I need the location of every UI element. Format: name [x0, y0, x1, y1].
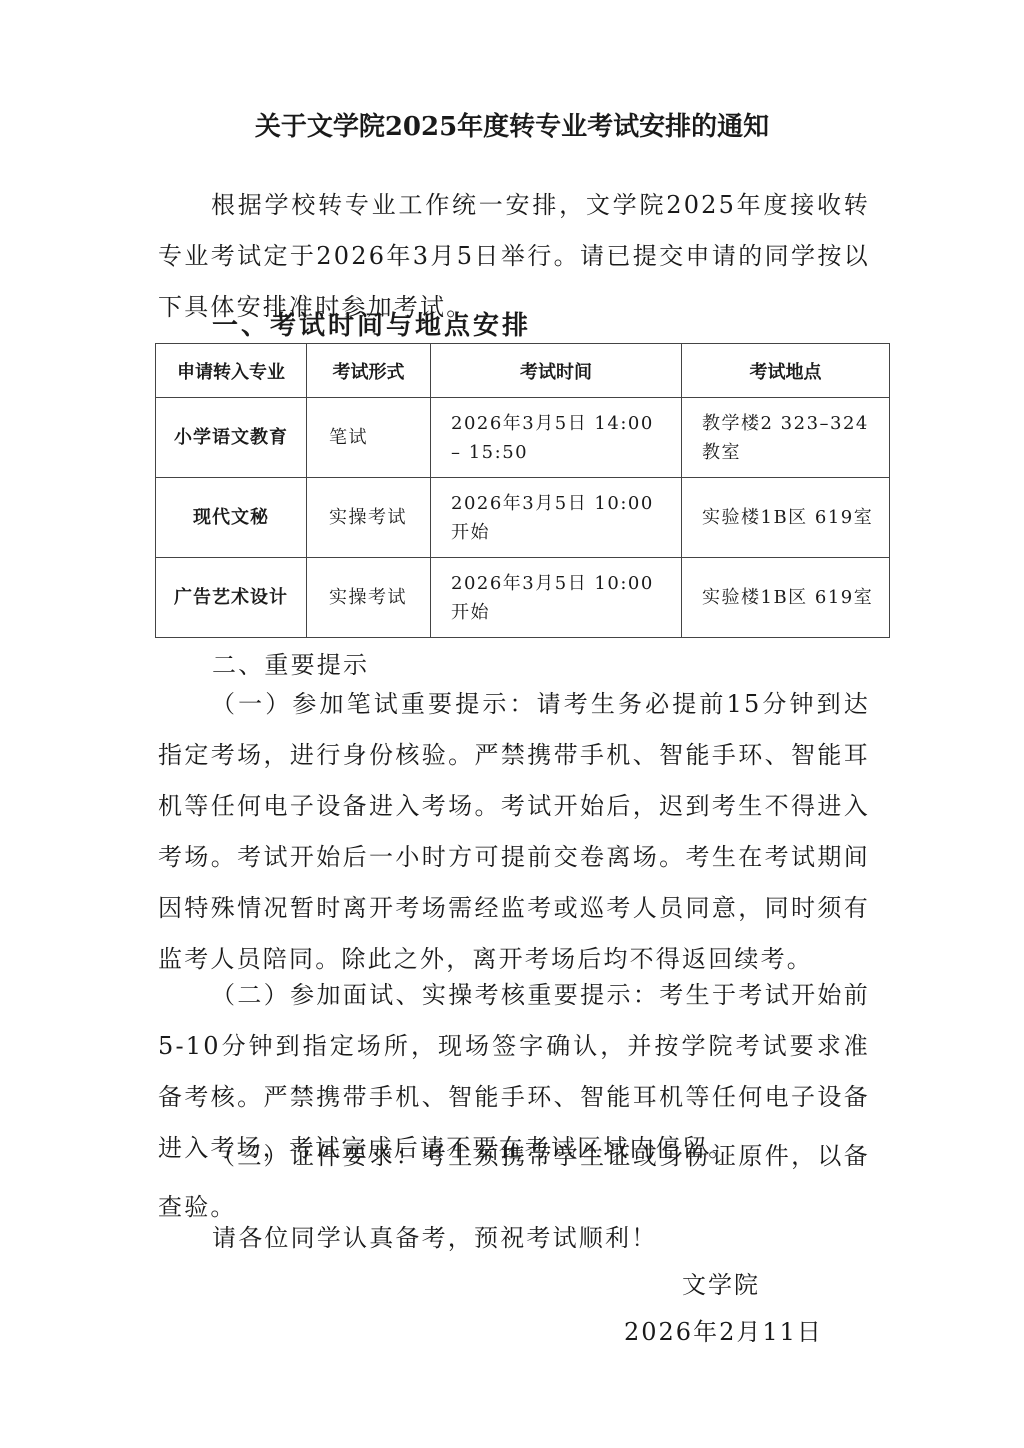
header-major: 申请转入专业 — [156, 344, 307, 398]
tip-written-exam: （一）参加笔试重要提示：请考生务必提前15分钟到达指定考场，进行身份核验。严禁携… — [158, 679, 870, 985]
cell-time: 2026年3月5日 10:00开始 — [431, 478, 682, 558]
cell-major: 现代文秘 — [156, 478, 307, 558]
signature-date: 2026年2月11日 — [624, 1312, 823, 1347]
cell-major: 广告艺术设计 — [156, 558, 307, 638]
cell-place: 实验楼1B区 619室 — [682, 558, 890, 638]
table-header-row: 申请转入专业 考试形式 考试时间 考试地点 — [156, 344, 890, 398]
cell-time: 2026年3月5日 14:00 – 15:50 — [431, 398, 682, 478]
table-row: 现代文秘 实操考试 2026年3月5日 10:00开始 实验楼1B区 619室 — [156, 478, 890, 558]
exam-schedule-table: 申请转入专业 考试形式 考试时间 考试地点 小学语文教育 笔试 2026年3月5… — [155, 343, 890, 638]
cell-form: 实操考试 — [307, 558, 431, 638]
document-title: 关于文学院2025年度转专业考试安排的通知 — [0, 106, 1024, 143]
signature-org: 文学院 — [682, 1265, 760, 1300]
cell-major: 小学语文教育 — [156, 398, 307, 478]
closing-line: 请各位同学认真备考，预祝考试顺利！ — [212, 1213, 657, 1264]
cell-place: 教学楼2 323–324教室 — [682, 398, 890, 478]
header-form: 考试形式 — [307, 344, 431, 398]
header-place: 考试地点 — [682, 344, 890, 398]
cell-time: 2026年3月5日 10:00开始 — [431, 558, 682, 638]
header-time: 考试时间 — [431, 344, 682, 398]
cell-form: 实操考试 — [307, 478, 431, 558]
notice-document: 关于文学院2025年度转专业考试安排的通知 根据学校转专业工作统一安排，文学院2… — [0, 0, 1024, 1448]
cell-place: 实验楼1B区 619室 — [682, 478, 890, 558]
section-heading-schedule: 一、考试时间与地点安排 — [212, 305, 531, 342]
cell-form: 笔试 — [307, 398, 431, 478]
table-row: 广告艺术设计 实操考试 2026年3月5日 10:00开始 实验楼1B区 619… — [156, 558, 890, 638]
table-row: 小学语文教育 笔试 2026年3月5日 14:00 – 15:50 教学楼2 3… — [156, 398, 890, 478]
